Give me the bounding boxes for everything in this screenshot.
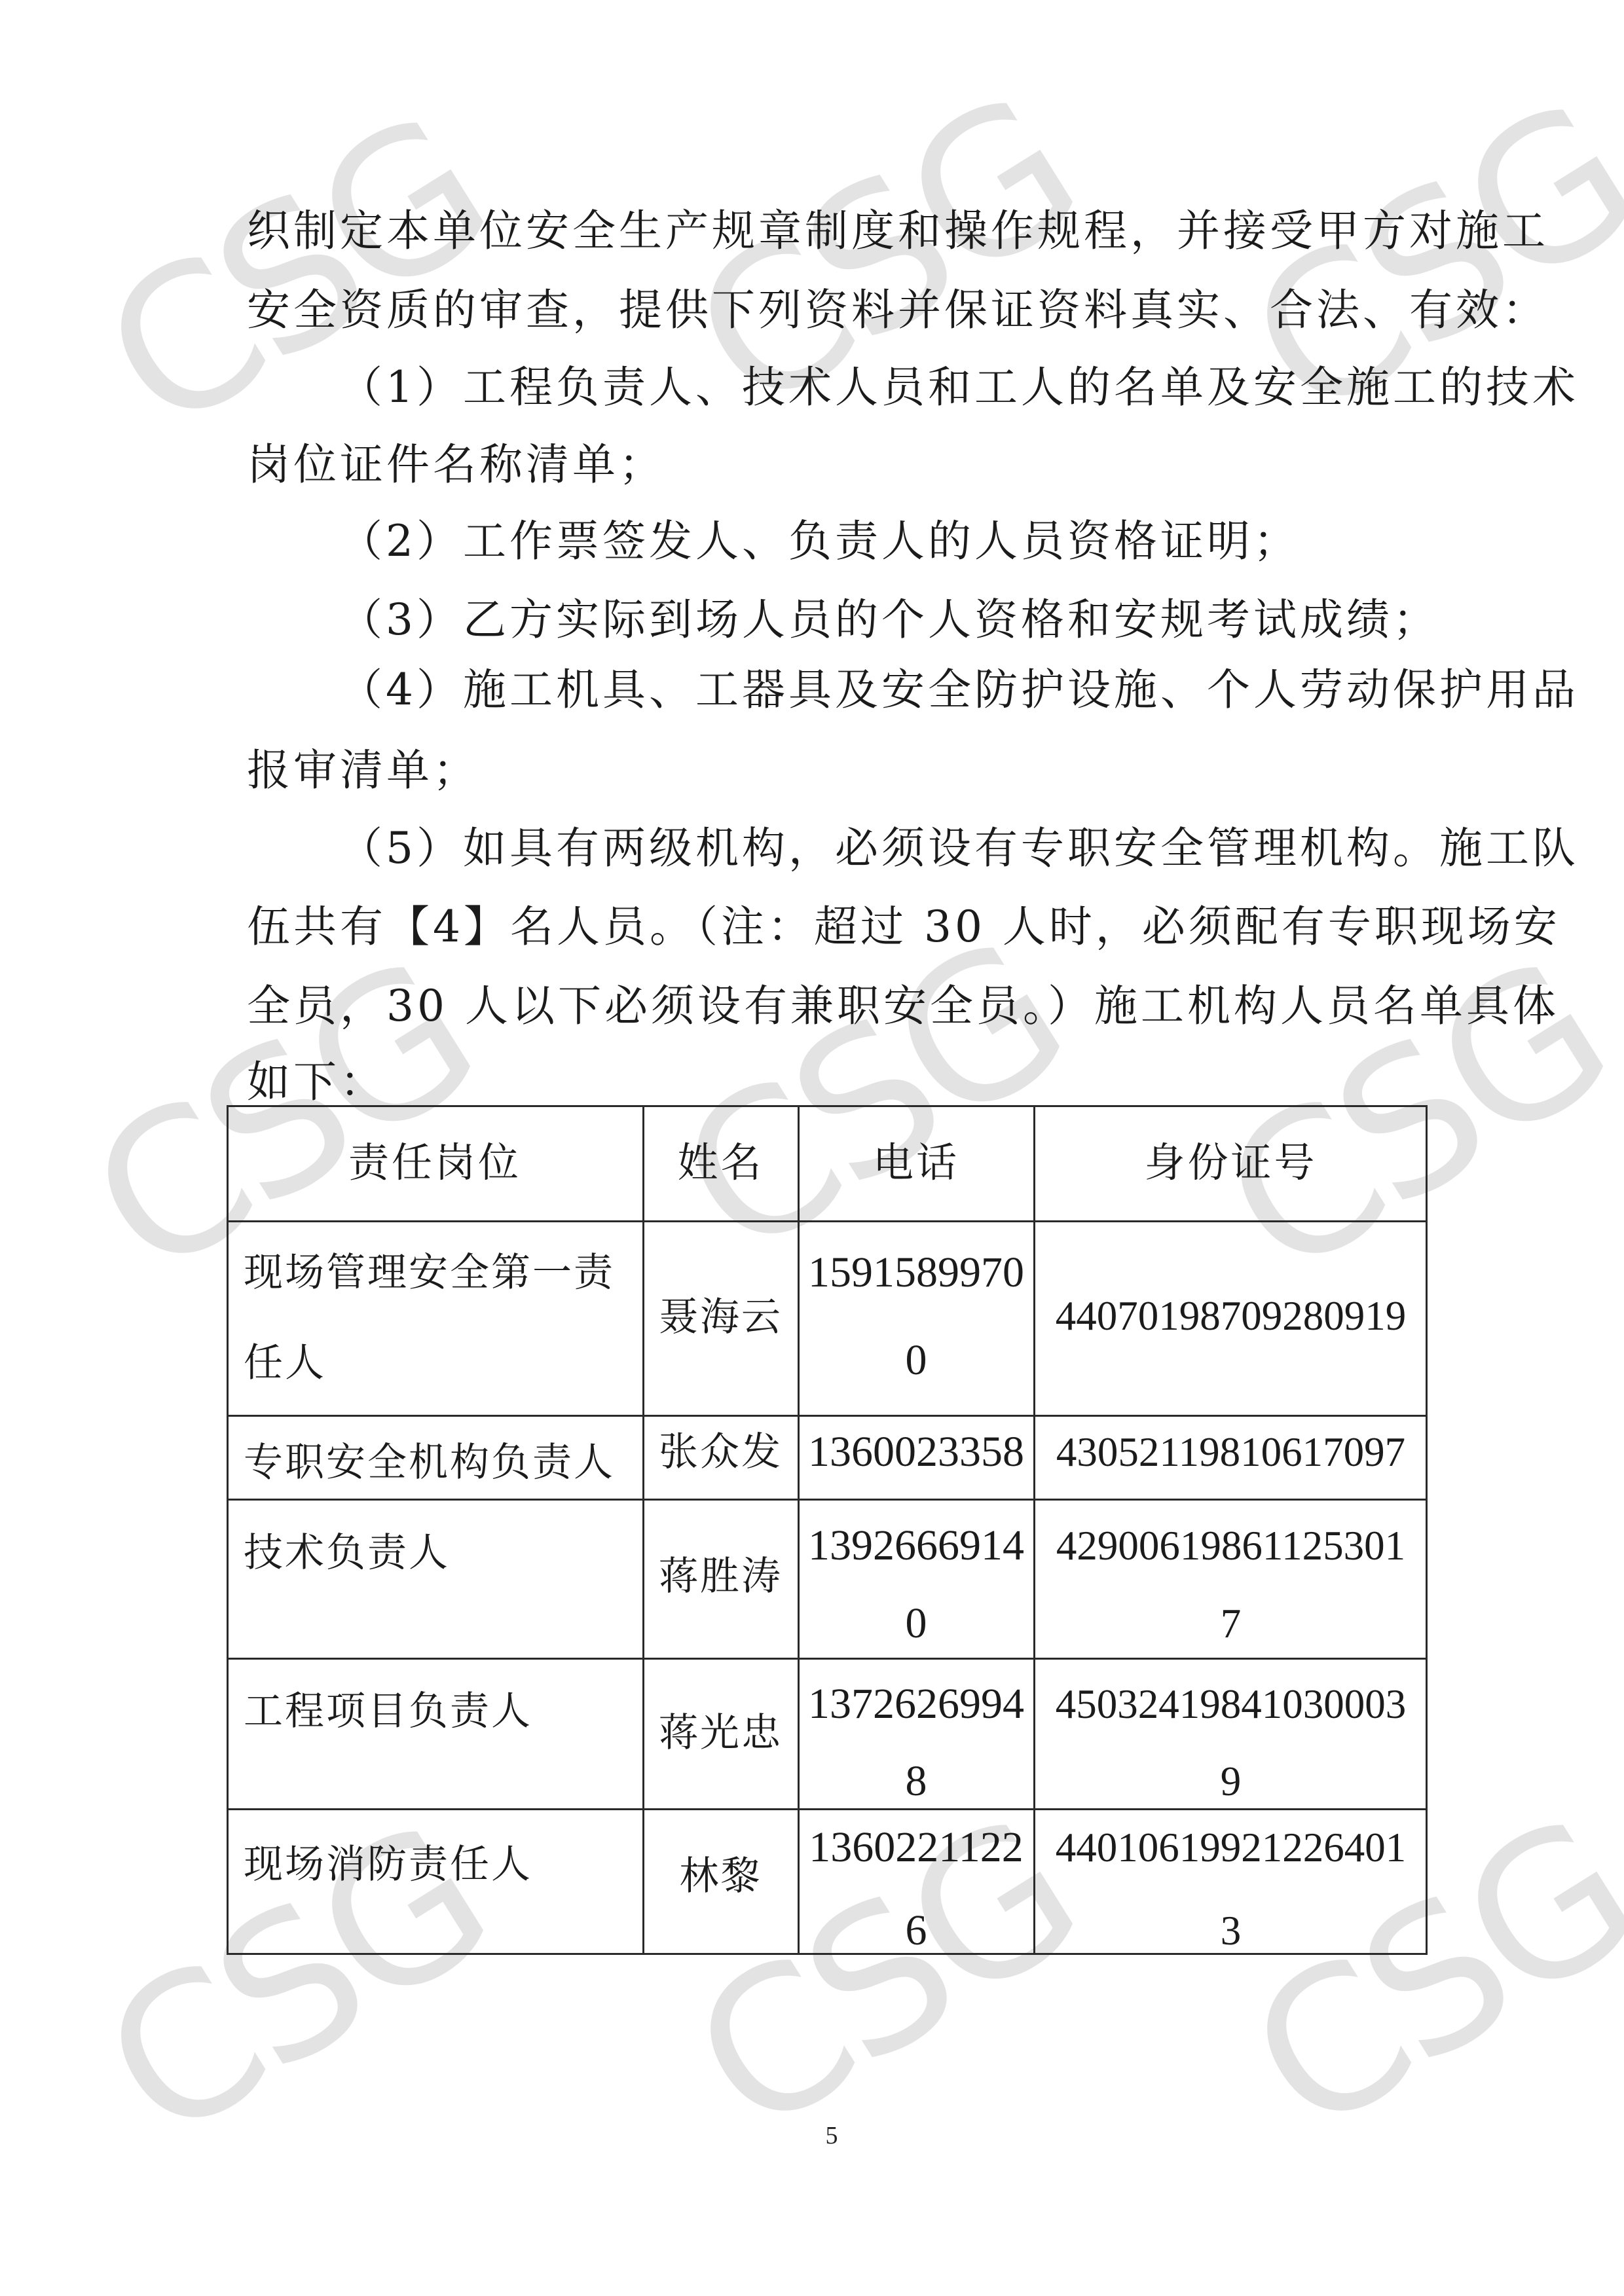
cell-id-number: 3 (1034, 1906, 1428, 1956)
list-item-4: （4）施工机具、工器具及安全防护设施、个人劳动保护用品 (339, 664, 1579, 716)
cell-position: 技术负责人 (244, 1528, 637, 1578)
header-id-number: 身份证号 (1034, 1138, 1428, 1188)
table-border (227, 1808, 1428, 1810)
cell-position: 工程项目负责人 (244, 1686, 637, 1736)
list-item-5-cont: 全员，30 人以下必须设有兼职安全员。）施工机构人员名单具体 (247, 980, 1559, 1032)
table-border (227, 1220, 1428, 1222)
list-item-5-cont: 如下： (247, 1056, 386, 1108)
cell-id-number: 43052119810617097 (1034, 1427, 1428, 1477)
cell-id-number: 45032419841030003 (1034, 1679, 1428, 1729)
page-number: 5 (812, 2121, 851, 2150)
cell-id-number: 44070198709280919 (1034, 1291, 1428, 1341)
cell-id-number: 42900619861125301 (1034, 1521, 1428, 1571)
table-border (227, 1105, 1428, 1107)
cell-position: 任人 (244, 1338, 637, 1388)
cell-name: 聂海云 (643, 1292, 798, 1342)
paragraph-line: 安全资质的审查，提供下列资料并保证资料真实、合法、有效： (247, 284, 1549, 337)
paragraph-line: 织制定本单位安全生产规章制度和操作规程，并接受甲方对施工 (247, 205, 1549, 257)
header-phone: 电话 (798, 1138, 1034, 1188)
table-border (227, 1105, 229, 1955)
list-item-3: （3）乙方实际到场人员的个人资格和安规考试成绩； (339, 594, 1439, 646)
cell-phone: 1392666914 (798, 1521, 1034, 1571)
cell-name: 张众发 (643, 1427, 798, 1477)
table-border (642, 1105, 644, 1955)
cell-id-number: 9 (1034, 1757, 1428, 1806)
list-item-4-cont: 报审清单； (247, 744, 479, 797)
list-item-2: （2）工作票签发人、负责人的人员资格证明； (339, 515, 1300, 568)
cell-phone: 0 (798, 1599, 1034, 1649)
cell-phone: 1360221122 (798, 1823, 1034, 1872)
cell-phone: 1591589970 (798, 1248, 1034, 1298)
cell-phone: 6 (798, 1906, 1034, 1956)
cell-id-number: 7 (1034, 1599, 1428, 1649)
personnel-table: 责任岗位 姓名 电话 身份证号 现场管理安全第一责 任人 聂海云 1591589… (227, 1105, 1428, 1955)
table-border (227, 1658, 1428, 1660)
cell-name: 蒋胜涛 (643, 1552, 798, 1601)
cell-id-number: 44010619921226401 (1034, 1823, 1428, 1872)
cell-position: 现场管理安全第一责 (244, 1248, 637, 1298)
cell-position: 现场消防责任人 (244, 1840, 637, 1889)
table-border (227, 1415, 1428, 1417)
cell-name: 林黎 (643, 1851, 798, 1901)
list-item-5-cont: 伍共有【4】名人员。（注：超过 30 人时，必须配有专职现场安 (247, 901, 1560, 953)
cell-phone: 0 (798, 1336, 1034, 1385)
cell-name: 蒋光忠 (643, 1708, 798, 1758)
list-item-1-cont: 岗位证件名称清单； (247, 439, 665, 491)
cell-phone: 8 (798, 1757, 1034, 1806)
table-border (227, 1499, 1428, 1501)
header-name: 姓名 (643, 1138, 798, 1188)
list-item-1: （1）工程负责人、技术人员和工人的名单及安全施工的技术 (339, 361, 1579, 414)
cell-phone: 1360023358 (798, 1427, 1034, 1477)
cell-position: 专职安全机构负责人 (244, 1438, 637, 1487)
list-item-5: （5）如具有两级机构，必须设有专职安全管理机构。施工队 (339, 822, 1579, 875)
cell-phone: 1372626994 (798, 1679, 1034, 1729)
header-position: 责任岗位 (227, 1138, 643, 1188)
